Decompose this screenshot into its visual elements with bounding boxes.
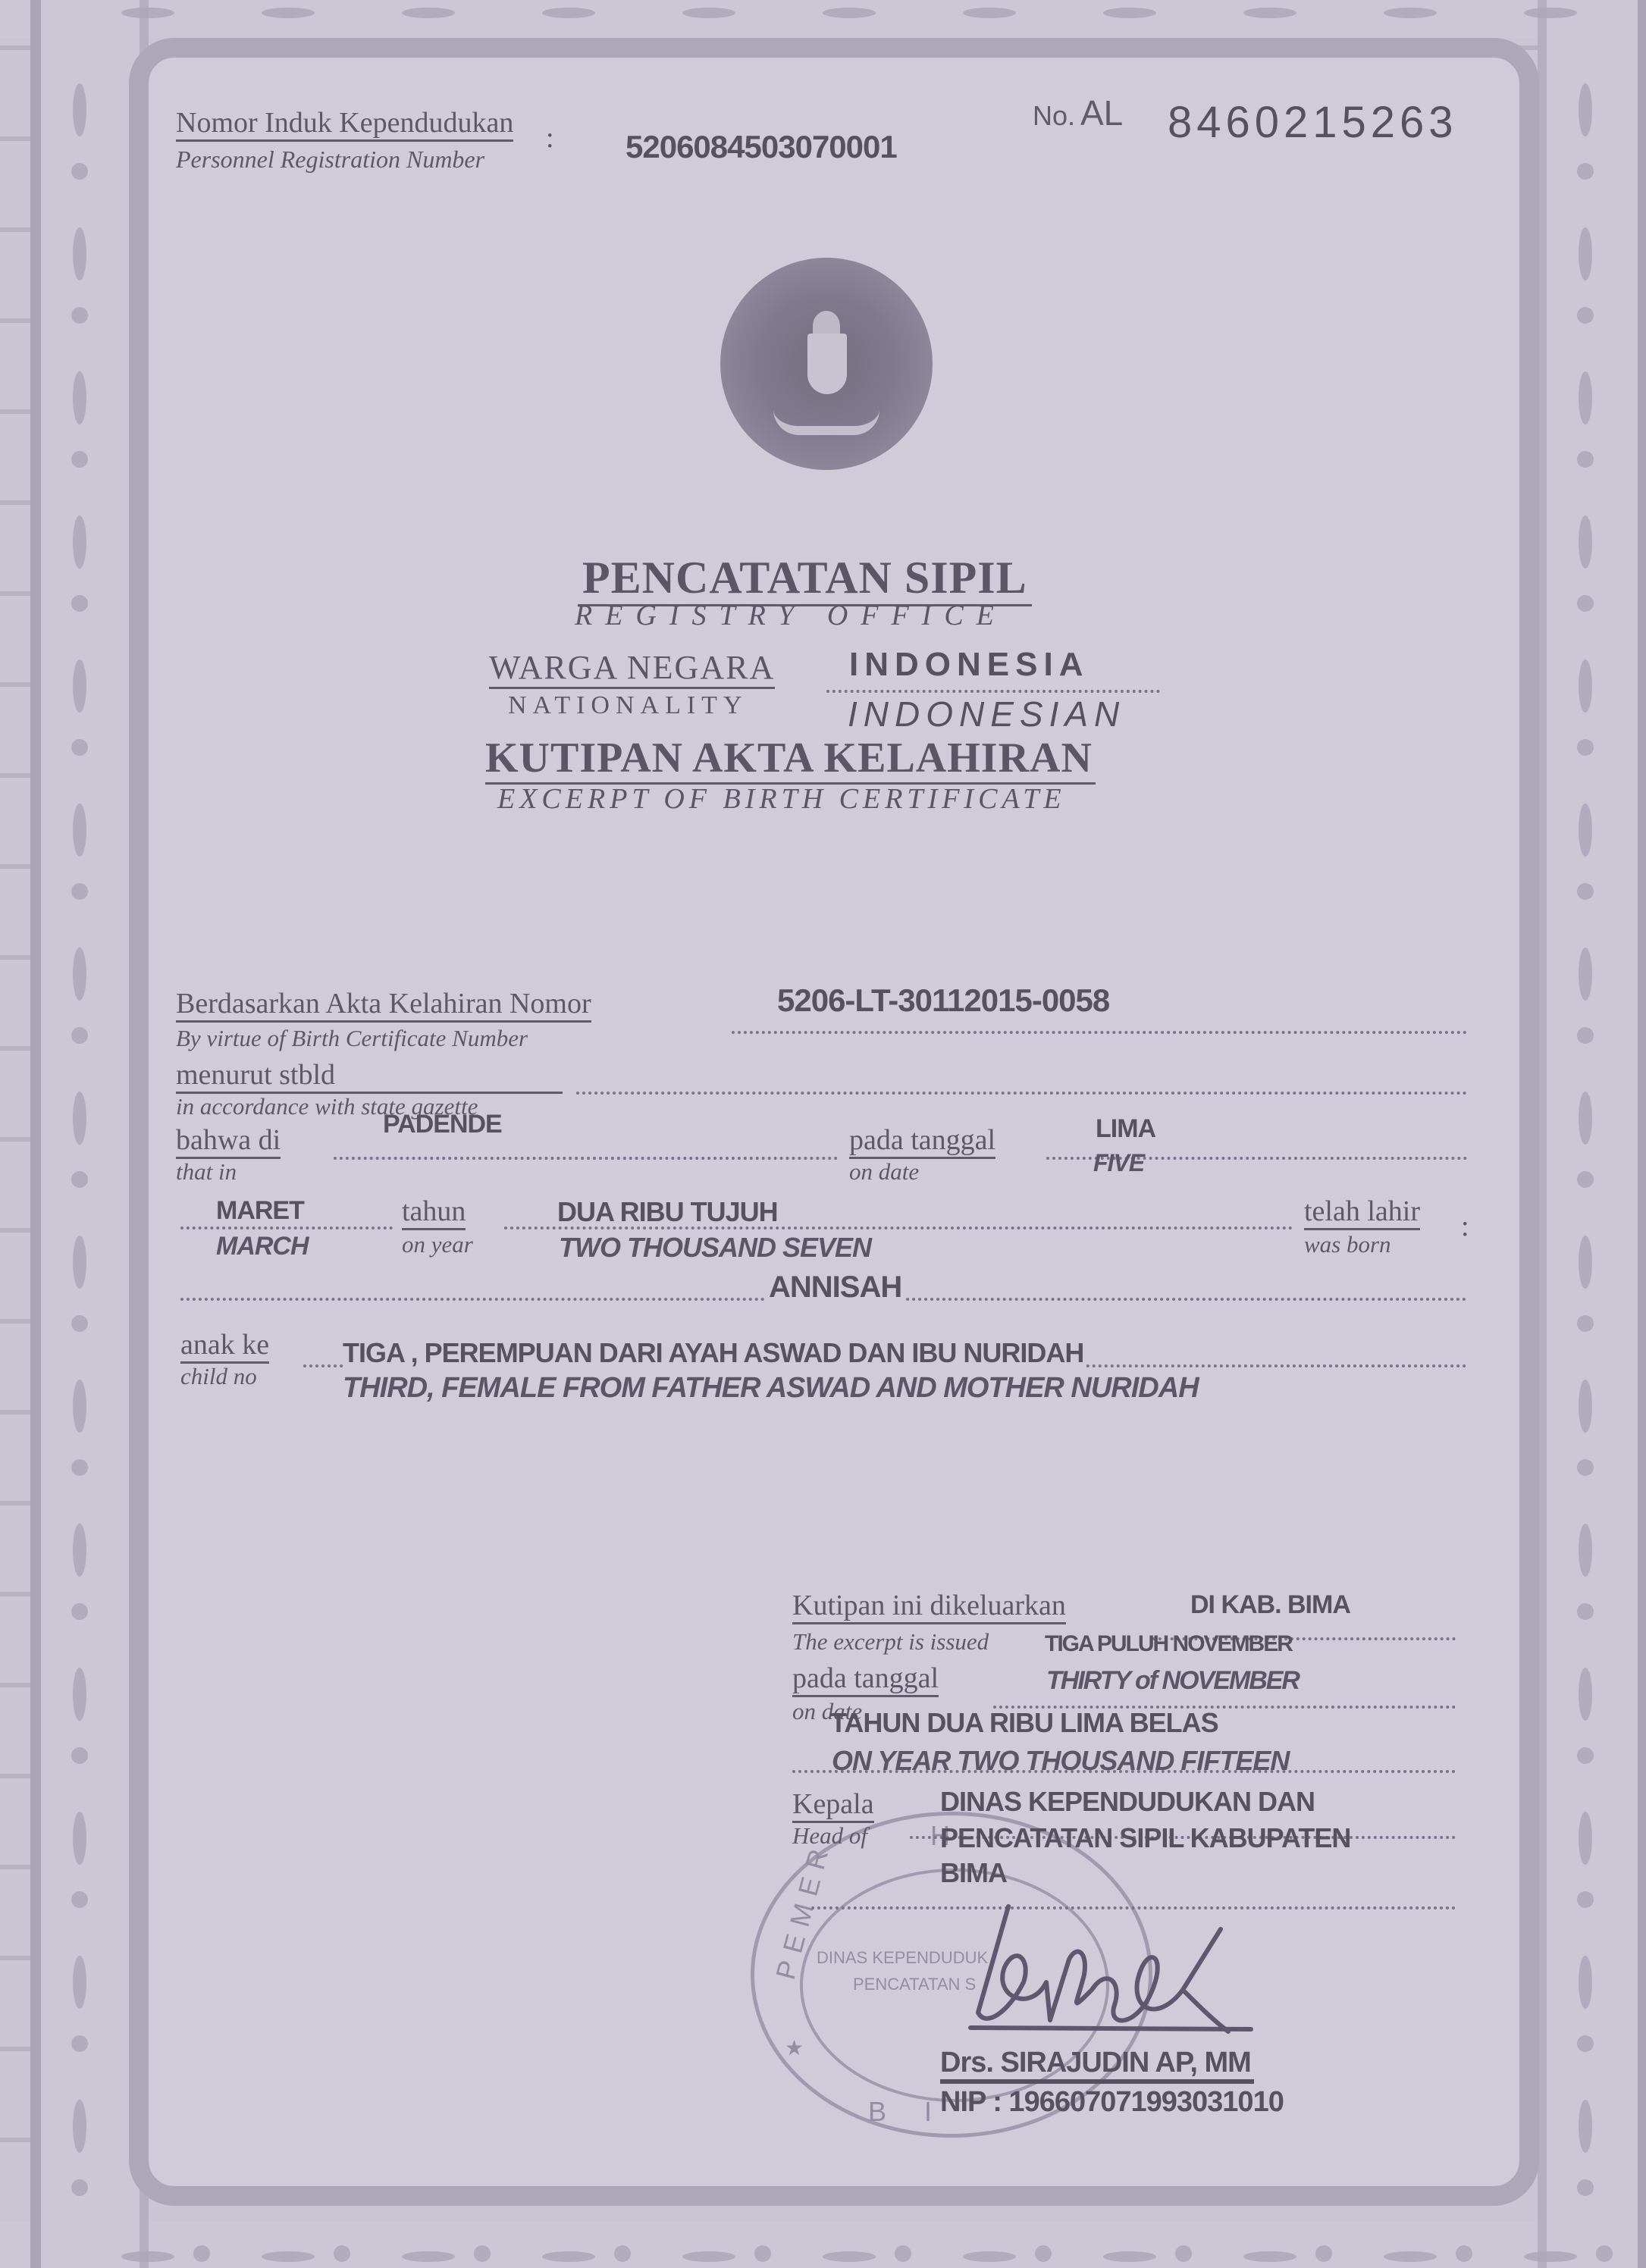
border-ornament	[1577, 595, 1594, 612]
head-label-en: Head of	[792, 1822, 867, 1850]
border-ornament	[73, 83, 86, 136]
document-title-en: EXCERPT OF BIRTH CERTIFICATE	[497, 782, 1066, 816]
border-ornament	[542, 2251, 595, 2262]
nationality-value: INDONESIA	[849, 646, 1089, 684]
border-ornament	[1577, 739, 1594, 756]
year-value-en: TWO THOUSAND SEVEN	[559, 1232, 871, 1264]
stamp-center-line2: PENCATATAN S	[853, 1975, 976, 1994]
border-ornament	[1579, 371, 1592, 424]
border-ornament	[823, 2251, 876, 2262]
border-ornament	[71, 2035, 88, 2052]
border-ornament	[1596, 2245, 1613, 2262]
border-ornament	[1315, 2245, 1332, 2262]
issued-year-en: ON YEAR TWO THOUSAND FIFTEEN	[832, 1745, 1289, 1777]
year-label-en: on year	[402, 1231, 473, 1258]
border-ornament	[73, 659, 86, 713]
issued-label-en: The excerpt is issued	[792, 1628, 989, 1656]
child-no-label-en: child no	[180, 1363, 257, 1390]
emblem-ribbon	[773, 409, 879, 435]
border-ornament	[1579, 227, 1592, 280]
border-ornament	[73, 948, 86, 1001]
border-ornament	[402, 2251, 455, 2262]
border-ornament	[1243, 8, 1296, 18]
border-ornament	[1384, 2251, 1437, 2262]
document-title: KUTIPAN AKTA KELAHIRAN	[485, 734, 1096, 785]
border-ornament	[682, 8, 735, 18]
border-ornament	[1579, 1524, 1592, 1577]
border-ornament	[1577, 451, 1594, 468]
place-label-en: that in	[176, 1158, 237, 1186]
border-ornament	[1577, 1891, 1594, 1908]
border-ornament	[542, 8, 595, 18]
border-ornament	[262, 8, 315, 18]
border-top	[0, 0, 1646, 38]
border-ornament	[193, 2245, 210, 2262]
nik-colon: :	[546, 121, 554, 155]
border-ornament	[71, 595, 88, 612]
cert-number-label-en: By virtue of Birth Certificate Number	[176, 1025, 528, 1052]
day-value: LIMA	[1096, 1114, 1155, 1144]
border-ornament	[121, 8, 174, 18]
border-ornament	[1577, 1459, 1594, 1476]
issued-year: TAHUN DUA RIBU LIMA BELAS	[830, 1707, 1218, 1739]
nik-label-en: Personnel Registration Number	[176, 146, 484, 174]
cert-number-value: 5206-LT-30112015-0058	[777, 982, 1109, 1019]
serial-number-value: 8460215263	[1168, 97, 1458, 148]
head-office-line1: DINAS KEPENDUDUKAN DAN	[940, 1786, 1315, 1818]
border-ornament	[334, 2245, 350, 2262]
border-ornament	[1103, 8, 1156, 18]
day-value-en: FIVE	[1093, 1149, 1144, 1177]
border-ornament	[1524, 2251, 1577, 2262]
border-ornament	[1103, 2251, 1156, 2262]
border-ornament	[73, 1812, 86, 1865]
border-ornament	[71, 451, 88, 468]
issued-date-label: pada tanggal	[792, 1662, 939, 1697]
border-ornament	[1579, 2100, 1592, 2153]
border-ornament	[1577, 883, 1594, 900]
border-ornament	[682, 2251, 735, 2262]
cert-number-label: Berdasarkan Akta Kelahiran Nomor	[176, 987, 591, 1023]
born-colon: :	[1461, 1210, 1469, 1243]
border-ornament	[1243, 2251, 1296, 2262]
border-ornament	[1579, 1668, 1592, 1721]
issued-day-en: THIRTY of NOVEMBER	[1046, 1666, 1299, 1696]
head-office-line3: BIMA	[940, 1857, 1007, 1889]
border-ornament	[754, 2245, 771, 2262]
border-ornament	[1579, 1380, 1592, 1433]
place-value: PADENDE	[383, 1110, 502, 1139]
border-ornament	[73, 2100, 86, 2153]
child-no-label: anak ke	[180, 1328, 269, 1364]
border-ornament	[71, 1171, 88, 1188]
nik-value: 5206084503070001	[625, 129, 897, 165]
border-ornament	[1035, 2245, 1052, 2262]
border-ornament	[1577, 1315, 1594, 1332]
border-ornament	[1579, 659, 1592, 713]
border-ornament	[73, 804, 86, 857]
border-ornament	[71, 1891, 88, 1908]
child-no-value-en: THIRD, FEMALE FROM FATHER ASWAD AND MOTH…	[343, 1372, 1199, 1405]
border-ornament	[1577, 2035, 1594, 2052]
year-label: tahun	[402, 1195, 466, 1230]
emblem-shield	[807, 334, 847, 394]
month-dotted-line	[180, 1226, 393, 1230]
border-ornament	[73, 515, 86, 569]
serial-series: AL	[1080, 92, 1123, 133]
border-ornament	[895, 2245, 911, 2262]
born-label-en: was born	[1304, 1231, 1391, 1258]
month-value-en: MARCH	[216, 1232, 309, 1261]
child-name: ANNISAH	[766, 1270, 905, 1305]
border-ornament	[262, 2251, 315, 2262]
border-ornament	[73, 1380, 86, 1433]
border-ornament	[71, 1027, 88, 1044]
border-ornament	[73, 1524, 86, 1577]
nationality-label: WARGA NEGARA	[489, 648, 775, 689]
border-ornament	[1524, 8, 1577, 18]
serial-prefix: No.	[1033, 100, 1075, 132]
border-ornament	[1456, 2245, 1472, 2262]
nationality-dotted-line	[826, 690, 1160, 693]
border-ornament	[823, 8, 876, 18]
issued-day: TIGA PULUH NOVEMBER	[1045, 1631, 1292, 1657]
issued-place: DI KAB. BIMA	[1190, 1590, 1350, 1620]
border-ornament	[1579, 1956, 1592, 2009]
border-ornament	[614, 2245, 631, 2262]
stbld-dotted-line	[576, 1092, 1467, 1095]
border-ornament	[73, 1236, 86, 1289]
border-ornament	[71, 1459, 88, 1476]
nationality-label-en: NATIONALITY	[508, 691, 748, 720]
born-label: telah lahir	[1304, 1195, 1420, 1230]
border-ornament	[71, 163, 88, 180]
nationality-value-en: INDONESIAN	[848, 694, 1125, 735]
border-ornament	[1579, 515, 1592, 569]
border-ornament	[1577, 1747, 1594, 1764]
cert-number-dotted-line	[732, 1031, 1467, 1034]
border-ornament	[1577, 1603, 1594, 1620]
signature-icon	[963, 1899, 1281, 2050]
place-label: bahwa di	[176, 1123, 281, 1159]
border-ornament	[474, 2245, 491, 2262]
official-name: Drs. SIRAJUDIN AP, MM	[940, 2047, 1254, 2084]
border-ornament	[1579, 948, 1592, 1001]
border-ornament	[71, 1747, 88, 1764]
official-nip: NIP : 196607071993031010	[940, 2086, 1284, 2119]
border-ornament	[1579, 1236, 1592, 1289]
border-ornament	[1577, 2179, 1594, 2196]
border-ornament	[963, 8, 1016, 18]
border-ornament	[1579, 1812, 1592, 1865]
stamp-star-icon: ★	[785, 2035, 804, 2060]
border-ornament	[71, 883, 88, 900]
border-ornament	[71, 1315, 88, 1332]
border-ornament	[1577, 1171, 1594, 1188]
child-no-value: TIGA , PEREMPUAN DARI AYAH ASWAD DAN IBU…	[343, 1337, 1086, 1369]
border-ornament	[71, 2179, 88, 2196]
head-label: Kepala	[792, 1787, 874, 1823]
year-value: DUA RIBU TUJUH	[557, 1196, 778, 1228]
head-office-line2: PENCATATAN SIPIL KABUPATEN	[940, 1822, 1350, 1854]
garuda-emblem-icon	[720, 258, 933, 470]
border-ornament	[73, 1668, 86, 1721]
border-ornament	[73, 1956, 86, 2009]
border-ornament	[1577, 307, 1594, 324]
border-right	[1538, 0, 1646, 2268]
border-ornament	[963, 2251, 1016, 2262]
date-label: pada tanggal	[849, 1123, 995, 1159]
border-ornament	[402, 8, 455, 18]
border-ornament	[71, 739, 88, 756]
border-ornament	[1579, 1092, 1592, 1145]
place-dotted-line	[334, 1157, 838, 1160]
date-label-en: on date	[849, 1158, 919, 1186]
office-title-en: REGISTRY OFFICE	[575, 599, 1007, 632]
border-ornament	[71, 307, 88, 324]
border-ornament	[71, 1603, 88, 1620]
border-ornament	[121, 2251, 174, 2262]
issued-label: Kutipan ini dikeluarkan	[792, 1589, 1066, 1624]
border-ornament	[73, 227, 86, 280]
border-ornament	[73, 1092, 86, 1145]
border-ornament	[73, 371, 86, 424]
month-value: MARET	[216, 1196, 304, 1226]
border-ornament	[1175, 2245, 1192, 2262]
border-ornament	[1579, 83, 1592, 136]
stbld-label: menurut stbld	[176, 1058, 563, 1094]
border-ornament	[1384, 8, 1437, 18]
border-ornament	[1577, 1027, 1594, 1044]
stamp-ring-text-bottom: B I	[868, 2096, 947, 2128]
border-ornament	[1579, 804, 1592, 857]
year-dotted-line	[504, 1226, 1293, 1230]
border-ornament	[1577, 163, 1594, 180]
nik-label: Nomor Induk Kependudukan	[176, 106, 513, 142]
